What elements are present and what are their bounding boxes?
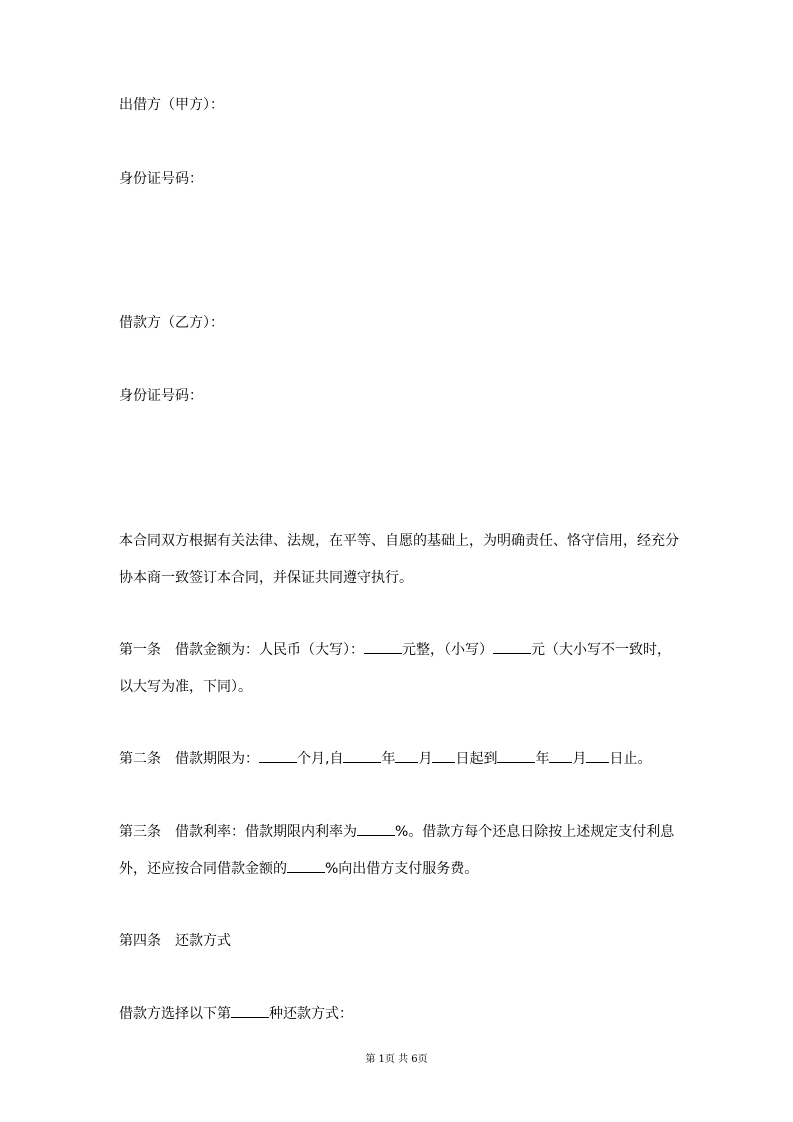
repayment-choice-text-b: 种还款方式：	[269, 1006, 353, 1022]
repayment-choice-line: 借款方选择以下第种还款方式：	[119, 1005, 353, 1023]
page-number-footer: 第 1页 共 6页	[0, 1053, 793, 1067]
article-2-text-b: 个月,自	[297, 751, 343, 767]
borrower-id-label: 身份证号码：	[119, 387, 203, 405]
article-2-text-e: 日起到	[455, 751, 497, 767]
lender-label: 出借方（甲方）：	[119, 96, 224, 114]
amount-lowercase-blank[interactable]	[493, 641, 531, 654]
article-2-line: 第二条借款期限为：个月,自年月日起到年月日止。	[119, 750, 651, 768]
borrower-label: 借款方（乙方）：	[119, 314, 224, 332]
article-4-heading: 第四条	[119, 933, 161, 949]
preamble-line-2: 协本商一致签订本合同，并保证共同遵守执行。	[119, 569, 413, 587]
preamble-line-1: 本合同双方根据有关法律、法规，在平等、自愿的基础上，为明确责任、恪守信用，经充分	[119, 532, 679, 550]
document-page: 出借方（甲方）： 身份证号码： 借款方（乙方）： 身份证号码： 本合同双方根据有…	[0, 0, 793, 1122]
end-month-blank[interactable]	[549, 750, 572, 763]
start-month-blank[interactable]	[395, 750, 418, 763]
article-4-line: 第四条还款方式	[119, 932, 231, 950]
start-day-blank[interactable]	[432, 750, 455, 763]
article-3-text-a: 借款利率：借款期限内利率为	[175, 824, 357, 840]
repayment-choice-text-a: 借款方选择以下第	[119, 1006, 231, 1022]
article-3-text-d: %向出借方支付服务费。	[325, 861, 478, 877]
article-2-text-a: 借款期限为：	[175, 751, 259, 767]
article-1-text-b: 元整，（小写）	[402, 642, 493, 658]
article-1-text-a: 借款金额为：人民币（大写）：	[175, 642, 364, 658]
article-2-text-h: 日止。	[609, 751, 651, 767]
lender-id-label: 身份证号码：	[119, 170, 203, 188]
service-fee-blank[interactable]	[287, 860, 325, 873]
amount-uppercase-blank[interactable]	[364, 641, 402, 654]
article-2-text-c: 年	[381, 751, 395, 767]
loan-months-blank[interactable]	[259, 750, 297, 763]
article-3-line-1: 第三条借款利率：借款期限内利率为%。借款方每个还息日除按上述规定支付利息	[119, 823, 674, 841]
article-3-line-2: 外，还应按合同借款金额的%向出借方支付服务费。	[119, 860, 478, 878]
article-1-line-1: 第一条借款金额为：人民币（大写）：元整，（小写）元（大小写不一致时，	[119, 641, 671, 659]
start-year-blank[interactable]	[343, 750, 381, 763]
article-4-title: 还款方式	[175, 933, 231, 949]
article-1-text-c: 元（大小写不一致时，	[531, 642, 671, 658]
article-2-text-f: 年	[535, 751, 549, 767]
article-3-text-b: %。借款方每个还息日除按上述规定支付利息	[395, 824, 674, 840]
article-3-heading: 第三条	[119, 824, 161, 840]
end-year-blank[interactable]	[497, 750, 535, 763]
article-2-text-d: 月	[418, 751, 432, 767]
article-2-text-g: 月	[572, 751, 586, 767]
interest-rate-blank[interactable]	[357, 823, 395, 836]
article-2-heading: 第二条	[119, 751, 161, 767]
end-day-blank[interactable]	[586, 750, 609, 763]
repayment-method-blank[interactable]	[231, 1005, 269, 1018]
article-1-line-2: 以大写为准，下同）。	[119, 678, 252, 696]
article-1-heading: 第一条	[119, 642, 161, 658]
article-3-text-c: 外，还应按合同借款金额的	[119, 861, 287, 877]
